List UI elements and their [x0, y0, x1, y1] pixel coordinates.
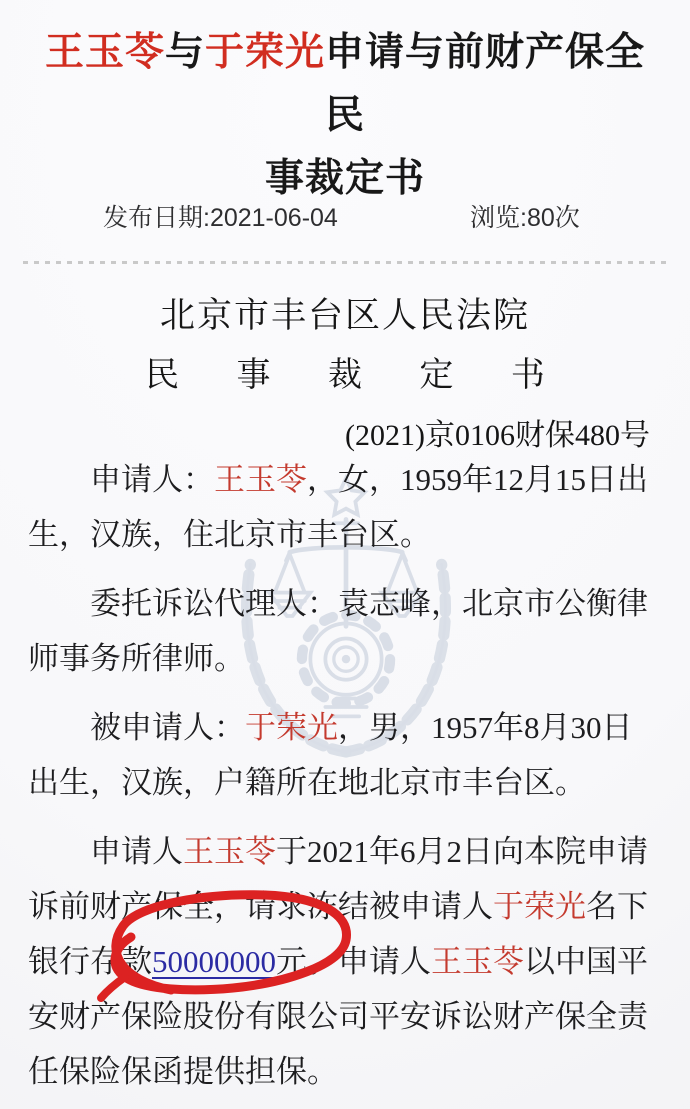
page-title: 王玉苓与于荣光申请与前财产保全民事裁定书	[0, 0, 690, 210]
text-run: 王玉苓	[431, 944, 524, 979]
text-run: 申请与前财产保全民	[325, 31, 645, 137]
paragraph-respondent: 被申请人：于荣光，男，1957年8月30日出生，汉族，户籍所在地北京市丰台区。	[28, 700, 662, 810]
text-run: 被申请人：	[90, 710, 245, 745]
amount-link[interactable]: 50000000	[152, 944, 276, 979]
text-run: 名下	[586, 889, 648, 924]
text-run: 安财产保险股份有限公司平安诉讼财产保全责	[28, 999, 648, 1034]
text-run: 出生，汉族，户籍所在地北京市丰台区。	[28, 765, 586, 800]
text-run: 事裁定书	[265, 157, 425, 200]
ruling-document-page: 王玉苓与于荣光申请与前财产保全民事裁定书 发布日期:2021-06-04 浏览:…	[0, 0, 690, 1109]
case-number: (2021)京0106财保480号	[345, 410, 650, 454]
text-run: 王玉苓	[45, 31, 165, 74]
text-run: 于2021年6月2日向本院申请	[276, 834, 648, 869]
text-run: 王玉苓	[214, 462, 307, 497]
court-name: 北京市丰台区人民法院	[0, 288, 690, 338]
text-run: 生，汉族，住北京市丰台区。	[28, 517, 431, 552]
text-run: 师事务所律师。	[28, 641, 245, 676]
text-run: 与	[165, 31, 205, 74]
text-run: ，男，1957年8月30日	[338, 710, 633, 745]
view-count: 浏览:80次	[470, 202, 580, 234]
text-run: 申请人	[90, 834, 183, 869]
text-run: 王玉苓	[183, 834, 276, 869]
text-run: 于荣光	[205, 31, 325, 74]
text-run: 任保险保函提供担保。	[28, 1054, 338, 1089]
text-run: 委托诉讼代理人：袁志峰，北京市公衡律	[90, 586, 648, 621]
document-body: 申请人：王玉苓，女，1959年12月15日出生，汉族，住北京市丰台区。 委托诉讼…	[28, 452, 662, 1109]
text-run: 诉前财产保全，请求冻结被申请人	[28, 889, 493, 924]
paragraph-applicant: 申请人：王玉苓，女，1959年12月15日出生，汉族，住北京市丰台区。	[28, 452, 662, 562]
publish-date: 发布日期:2021-06-04	[103, 202, 338, 234]
text-run: 以中国平	[524, 944, 648, 979]
text-run: 申请人：	[90, 462, 214, 497]
text-run: ，女，1959年12月15日出	[307, 462, 648, 497]
document-type: 民 事 裁 定 书	[0, 347, 690, 396]
text-run: 于荣光	[493, 889, 586, 924]
text-run: 银行存款	[28, 944, 152, 979]
text-run: 于荣光	[245, 710, 338, 745]
paragraph-ruling: 申请人王玉苓于2021年6月2日向本院申请诉前财产保全，请求冻结被申请人于荣光名…	[28, 824, 662, 1099]
paragraph-agent: 委托诉讼代理人：袁志峰，北京市公衡律师事务所律师。	[28, 576, 662, 686]
dashed-divider	[23, 261, 667, 264]
text-run: 元。申请人	[276, 944, 431, 979]
